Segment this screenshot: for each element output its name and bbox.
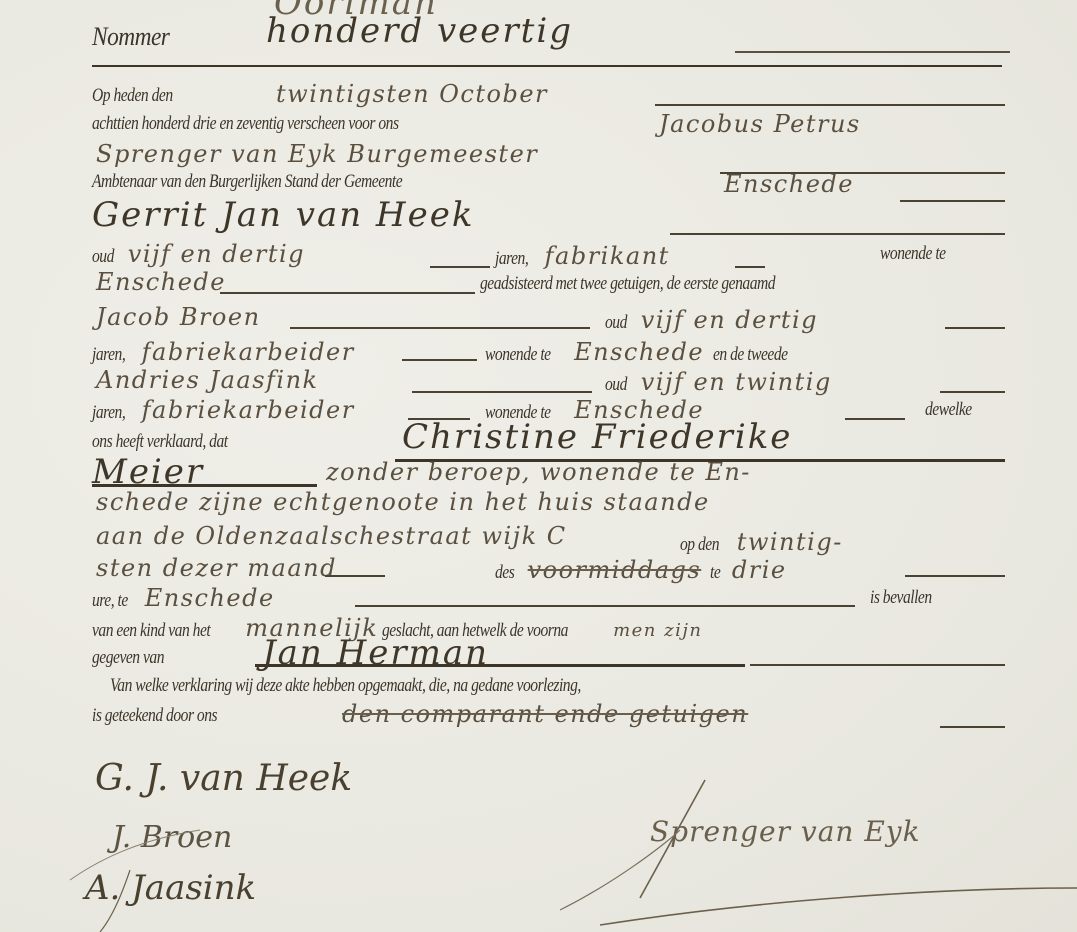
birth-date-line: sten dezer maand [92,556,341,580]
fill-line [845,418,905,420]
fill-line [655,104,1005,106]
address-line: aan de Oldenzaalschestraat wijk C [92,524,571,548]
body-line-2: achttien honderd drie en zeventig versch… [92,114,466,133]
signed-by: den comparant ende getuigen [338,702,752,726]
surname-underline [92,484,317,487]
fill-line [325,575,385,577]
body-line-17b: is bevallen [870,588,945,607]
body-line-4: Ambtenaar van den Burgerlijken Stand der… [92,172,470,191]
closing-line-2: is geteekend door ons [92,706,245,725]
register-page: Oorlman Nommer honderd veertig Op heden … [0,0,1077,932]
fill-line [940,726,1005,728]
fill-line [670,233,1005,235]
declaration-line: ons heeft verklaard, dat [92,432,257,451]
body-line-1: Op heden den [92,86,190,105]
body-line-6b: jaren, fabrikant [495,244,674,268]
fill-line [945,327,1005,329]
body-line-7b: geadsisteerd met twee getuigen, de eerst… [480,274,840,293]
body-line-3: Sprenger van Eyk Burgemeester [92,142,542,166]
date-handwritten: twintigsten October [272,82,552,106]
fill-line [430,266,490,268]
fill-line [355,605,855,607]
number-label: Nommer [92,24,169,50]
fill-line [290,327,590,329]
number-value: honderd veertig [262,14,577,48]
fill-line [220,292,475,294]
mother-first-names: Christine Friederike [398,420,796,454]
mother-occupation: zonder beroep, wonende te En- [322,460,755,484]
witness-2-occupation: jaren, fabriekarbeider [92,398,359,422]
body-line-6c: wonende te [880,244,960,263]
closing-line-1: Van welke verklaring wij deze akte hebbe… [110,676,684,695]
witness-1-residence: wonende te Enschede en de tweede [485,340,804,364]
body-line-15b: op den twintig- [680,530,847,554]
witness-2-age: oud vijf en twintig [605,370,836,394]
witness-1-occupation: jaren, fabriekarbeider [92,340,359,364]
birth-place-line: ure, te Enschede [92,586,279,610]
fill-line [735,266,765,268]
witness-1-line: Jacob Broen [92,305,265,329]
birth-time: des voormiddags te drie [495,558,791,582]
body-line-14: schede zijne echtgenoote in het huis sta… [92,490,714,514]
fill-line [900,200,1005,202]
child-name-underline [255,664,745,667]
body-line-7: Enschede [92,270,230,294]
fill-line [750,664,1005,666]
municipality: Enschede [720,172,858,196]
header-rule [92,65,1002,67]
declarant-name: Gerrit Jan van Heek [88,198,478,232]
number-line: Nommer [92,14,178,50]
fill-line [905,575,1005,577]
fill-line [402,359,477,361]
fill-line [412,391,592,393]
body-line-6: oud vijf en dertig [92,242,309,266]
signature-flourish [560,770,1077,932]
registrar-name-1: Jacobus Petrus [655,112,865,136]
witness-1-age: oud vijf en dertig [605,308,822,332]
fill-line [940,391,1005,393]
signature-flourish-left [60,750,240,932]
body-line-11c: dewelke [925,400,982,419]
child-name-line: gegeven van [92,648,180,667]
witness-2-line: Andries Jaasfink [92,368,323,392]
number-fill-line [735,51,1010,53]
